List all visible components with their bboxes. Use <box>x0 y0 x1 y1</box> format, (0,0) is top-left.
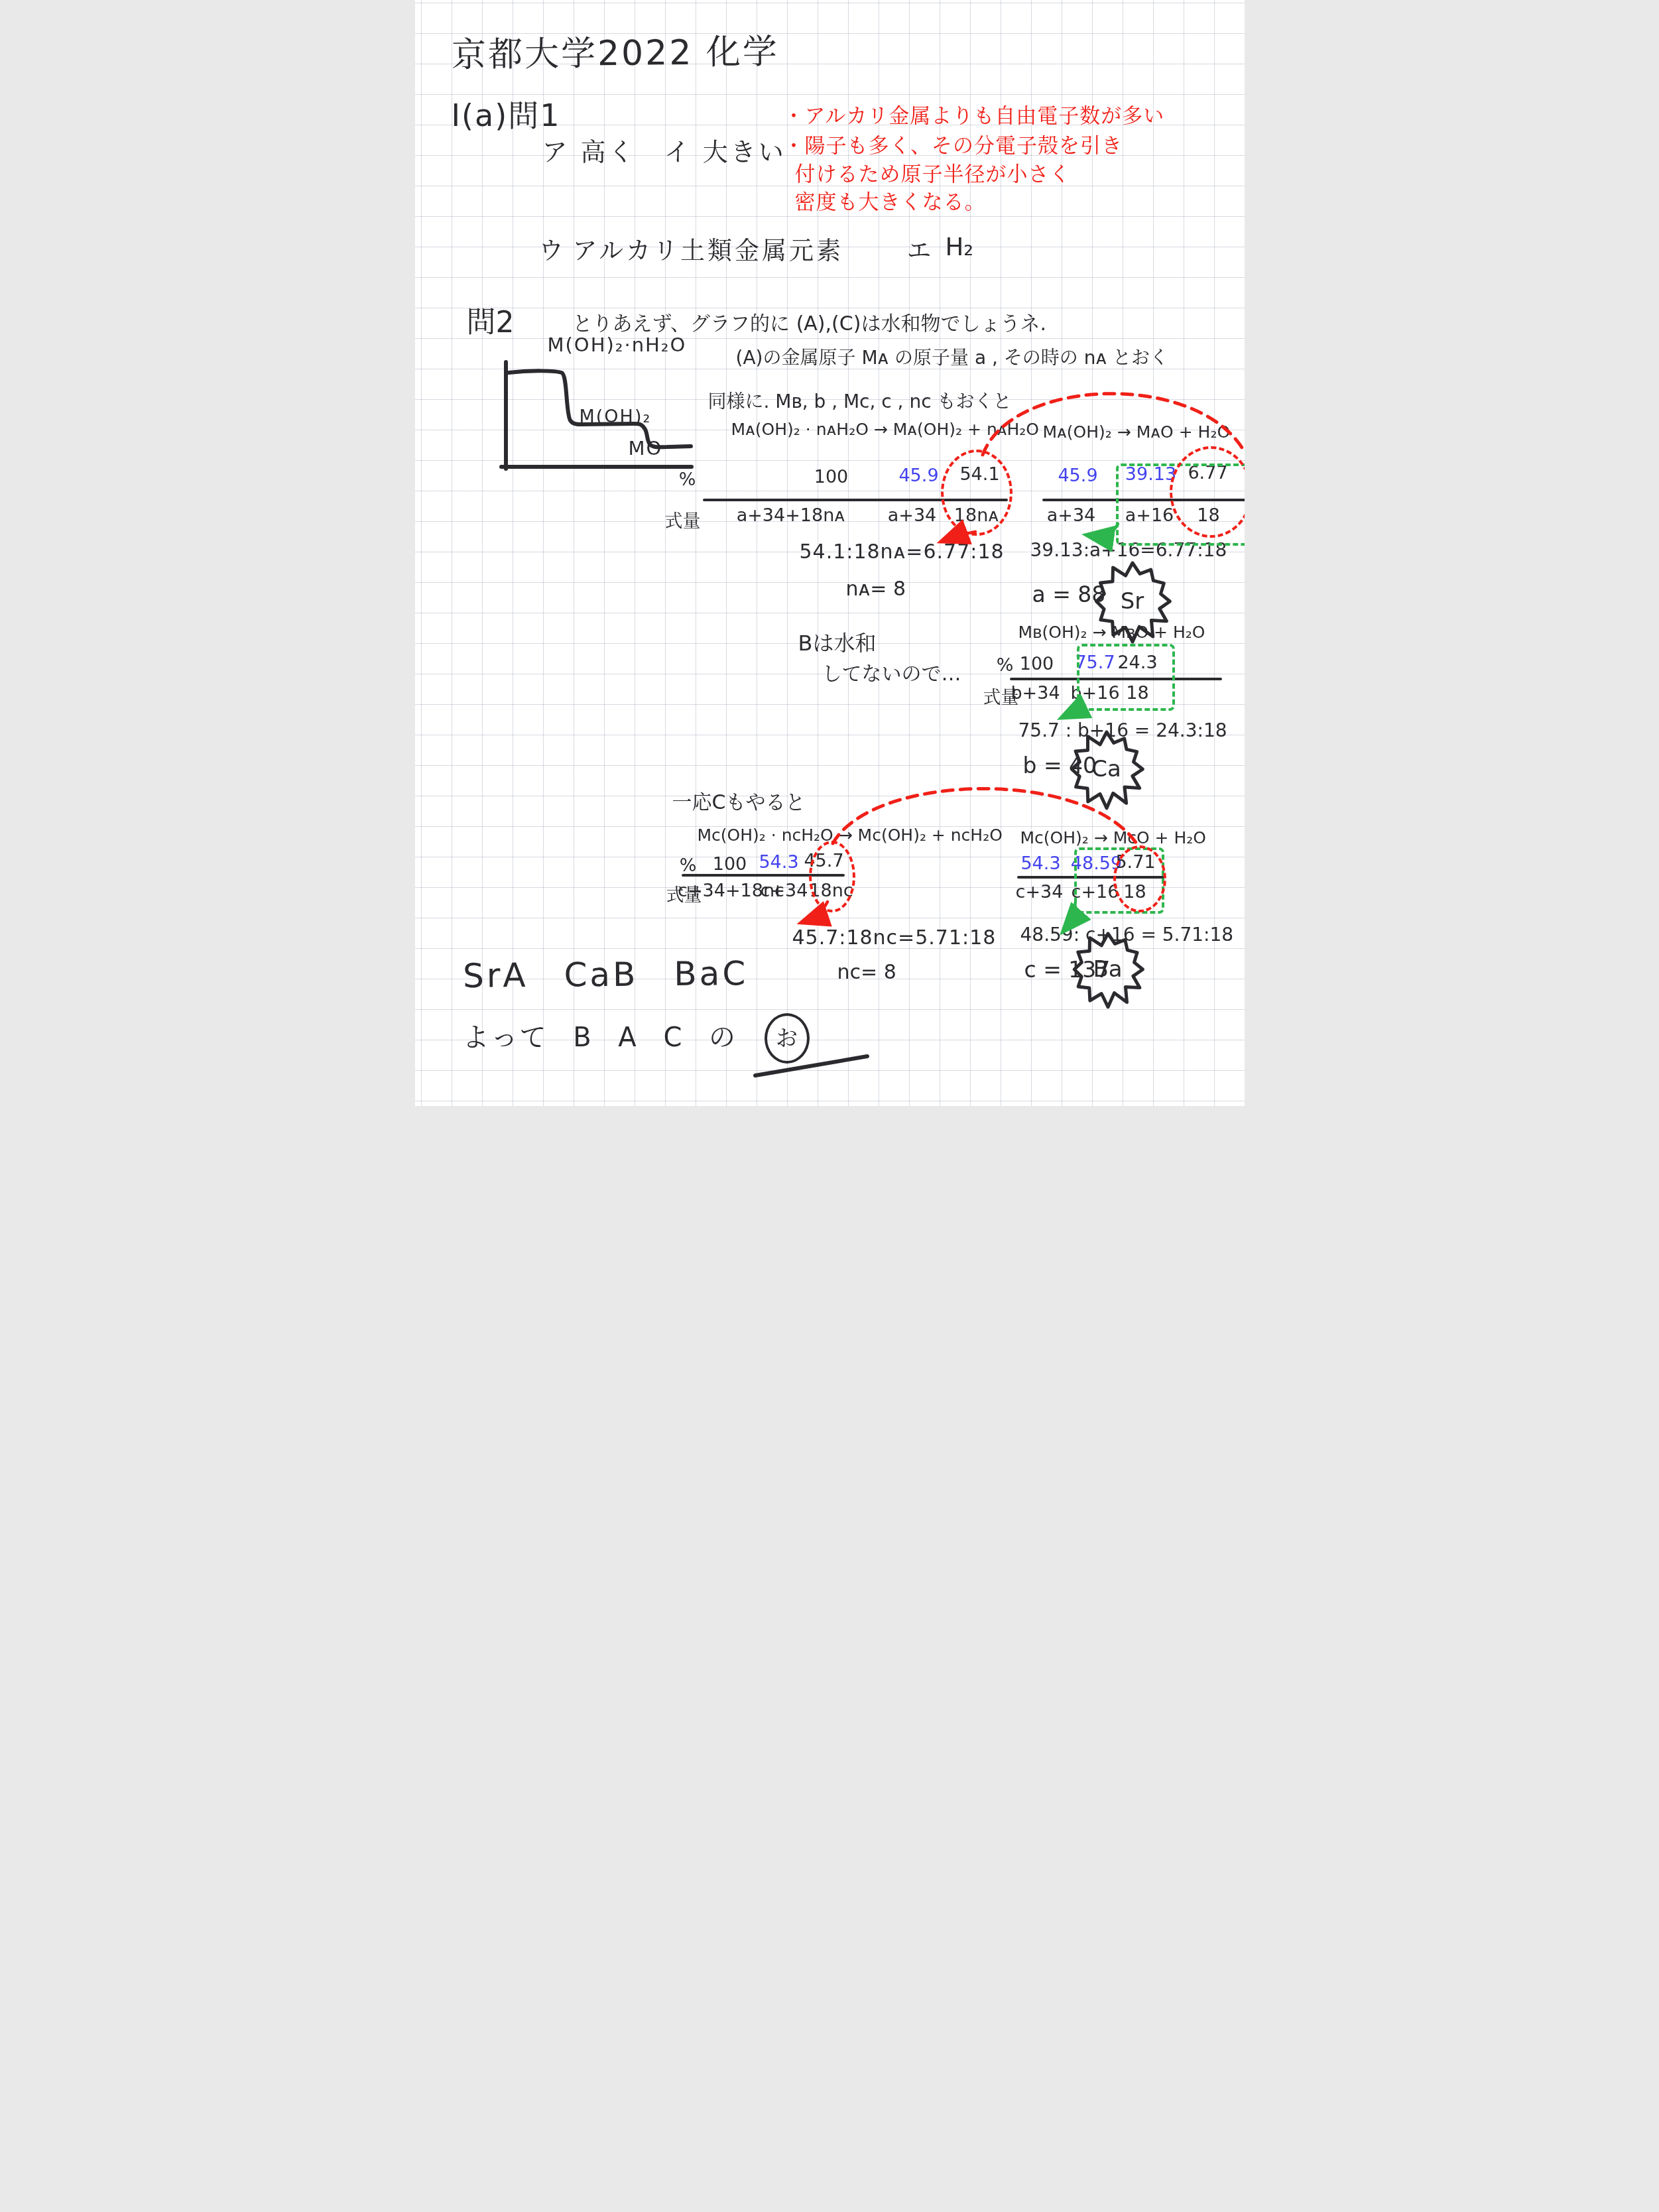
equation-b-oxide: Mʙ(OH)₂ → MʙO + H₂O <box>1018 623 1205 643</box>
calc-c-line1: 48.59: c+16 = 5.71:18 <box>1020 924 1234 946</box>
setup-line-2: 同様に. Mʙ, b , Mᴄ, c , nᴄ もおくと <box>708 391 1012 412</box>
element-sr: Sr <box>1121 588 1144 615</box>
final-answer-circle: お <box>765 1013 810 1064</box>
red-circle-c1-column <box>809 841 855 912</box>
c2-weight-hydroxide: c+34 <box>1016 882 1064 902</box>
red-note-line-1: ・アルカリ金属よりも自由電子数が多い <box>784 105 1165 129</box>
b-row-label-percent: % <box>997 655 1014 676</box>
graph-label-oxide: MO <box>629 438 663 460</box>
c1-row-label-percent: % <box>680 855 697 876</box>
row-label-percent: % <box>679 469 696 490</box>
a1-percent-459: 45.9 <box>898 465 938 486</box>
a1-weight-hydrate: a+34+18nᴀ <box>737 505 845 526</box>
answer-e-label: エ <box>907 237 932 266</box>
setup-line-1: (A)の金属原子 Mᴀ の原子量 a , その時の nᴀ とおく <box>736 347 1168 369</box>
answer-e: H₂ <box>946 233 974 262</box>
page-title: 京都大学2022 化学 <box>451 32 778 76</box>
answer-a-i: ア 高く イ 大きい <box>542 138 786 167</box>
notebook-page: 京都大学2022 化学 Ⅰ(a)問1 ア 高く イ 大きい ・アルカリ金属よりも… <box>415 0 1245 1106</box>
calc-na-line1: 54.1:18nᴀ=6.77:18 <box>800 541 1005 564</box>
calc-nc-line1: 45.7:18nᴄ=5.71:18 <box>792 927 997 950</box>
red-circle-a1-column <box>941 450 1013 536</box>
equation-a-oxide: Mᴀ(OH)₂ → MᴀO + H₂O <box>1043 423 1231 442</box>
c1-weight-hydroxide: c+34 <box>761 881 808 901</box>
a2-percent-459: 45.9 <box>1058 465 1097 486</box>
calc-b-line2: b = 40 <box>1023 753 1097 778</box>
a1-percent-100: 100 <box>814 467 849 487</box>
red-circle-c2-column <box>1113 845 1166 912</box>
b-weight-hydroxide: b+34 <box>1011 683 1060 704</box>
answer-u: アルカリ土類金属元素 <box>573 237 844 266</box>
calc-nc-line2: nᴄ= 8 <box>837 961 896 985</box>
equation-c-hydrate: Mᴄ(OH)₂ · nᴄH₂O → Mᴄ(OH)₂ + nᴄH₂O <box>698 826 1003 845</box>
problem-number: Ⅰ(a)問1 <box>452 98 561 133</box>
conclusion-line: よって B A C の <box>463 1022 738 1053</box>
calc-b-line1: 75.7 : b+16 = 24.3:18 <box>1018 720 1227 741</box>
b-note-line2: してないので… <box>822 663 961 686</box>
answer-u-label: ウ <box>539 237 564 266</box>
c1-percent-543: 54.3 <box>759 852 798 873</box>
graph-label-hydrate: M(OH)₂·nH₂O <box>548 334 687 356</box>
row-label-weight: 式量 <box>665 507 701 532</box>
graph-label-hydroxide: M(OH)₂ <box>580 406 652 427</box>
final-answer: お <box>776 1026 798 1051</box>
calc-na-line2: nᴀ= 8 <box>846 578 906 601</box>
a1-weight-hydroxide: a+34 <box>888 505 937 526</box>
calc-a-line2: a = 88 <box>1032 582 1106 607</box>
q2-heading: 問2 <box>467 306 515 340</box>
q2-intro: とりあえず、グラフ的に (A),(C)は水和物でしょうネ. <box>573 313 1047 336</box>
equation-c-oxide: Mᴄ(OH)₂ → MᴄO + H₂O <box>1020 829 1207 848</box>
red-note-line-2: ・陽子も多く、その分電子殻を引き <box>784 135 1123 158</box>
red-note-line-4: 密度も大きくなる。 <box>795 191 986 215</box>
answer-underline <box>755 1056 867 1075</box>
c2-percent-543: 54.3 <box>1020 853 1060 874</box>
a2-weight-hydroxide: a+34 <box>1047 505 1096 526</box>
conclusion-assignments: SrA CaB BaC <box>462 955 748 995</box>
red-note-line-3: 付けるため原子半径が小さく <box>795 163 1071 187</box>
b-note-line1: Bは水和 <box>798 631 877 656</box>
equation-a-hydrate: Mᴀ(OH)₂ · nᴀH₂O → Mᴀ(OH)₂ + nᴀH₂O <box>731 420 1040 440</box>
green-box-b <box>1077 644 1175 711</box>
element-ca: Ca <box>1091 756 1121 782</box>
b-percent-100: 100 <box>1020 654 1054 674</box>
element-ba: Ba <box>1093 956 1122 983</box>
c1-percent-100: 100 <box>713 854 747 875</box>
c-note: 一応Cもやると <box>672 792 806 815</box>
